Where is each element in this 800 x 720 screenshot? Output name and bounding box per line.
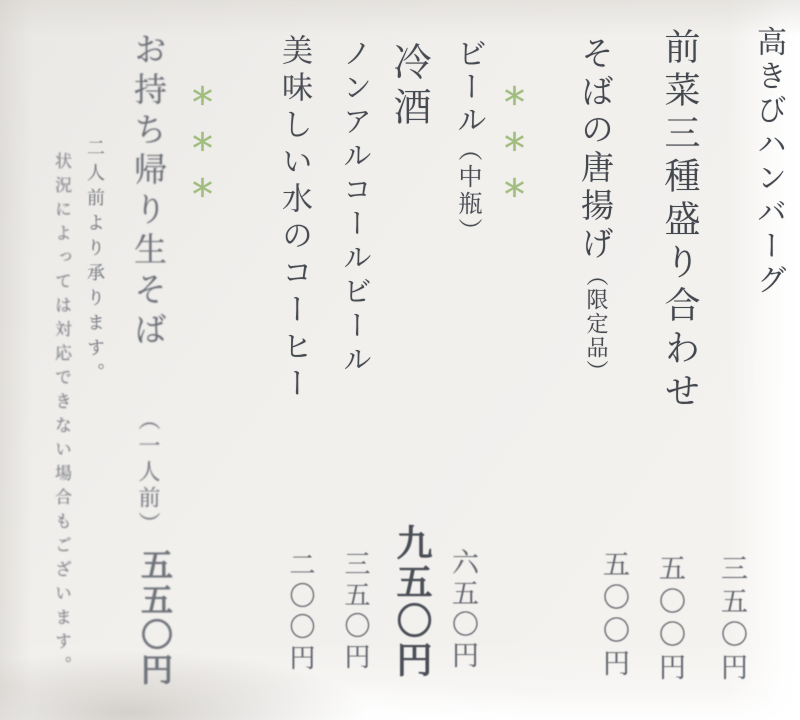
menu-item-price: 五〇〇円 [594,550,633,682]
menu-item-name: 高きびハンバーグ [746,26,790,298]
takeout-qualifier: （一人前） [132,408,163,538]
section-divider: * * * [504,80,525,218]
menu-item-name: 冷酒 [382,42,437,132]
asterisk-icon: * [192,80,213,126]
menu-item-name: そばの唐揚げ（限定品） [572,36,619,384]
asterisk-icon: * [192,172,213,218]
section-divider: * * * [192,80,213,218]
takeout-item-name: お持ち帰り生そば [125,32,172,352]
menu-item-price: 三五〇円 [337,550,374,674]
takeout-price: 五五〇円 [132,548,178,688]
takeout-note: 状況によっては対応できない場合もございます。 [49,152,74,680]
menu-photo: 高きびハンバーグ 三五〇円 前菜三種盛り合わせ 五〇〇円 そばの唐揚げ（限定品）… [0,0,800,720]
menu-item-price: 二〇〇円 [282,551,319,675]
menu-item-price: 三五〇円 [712,554,751,686]
menu-item-name: 美味しい水のコーヒー [272,34,317,404]
takeout-note: 二人前より承ります。 [81,138,107,388]
menu-item-name: ノンアルコールビール [336,38,377,378]
asterisk-icon: * [192,126,213,172]
menu-item-name: 前菜三種盛り合わせ [654,28,705,415]
menu-item-price: 九五〇円 [387,524,438,680]
menu-item-name-main: ビール [451,38,486,137]
asterisk-icon: * [504,172,525,218]
menu-item-name-note: （限定品） [583,264,608,384]
asterisk-icon: * [504,80,525,126]
menu-item-price: 六五〇円 [443,548,482,672]
menu-item-name-note: （中瓶） [454,137,482,245]
menu-item-name: ビール（中瓶） [446,38,490,245]
menu-item-price: 五〇〇円 [650,554,689,686]
asterisk-icon: * [504,126,525,172]
menu-item-name-main: そばの唐揚げ [576,36,615,264]
